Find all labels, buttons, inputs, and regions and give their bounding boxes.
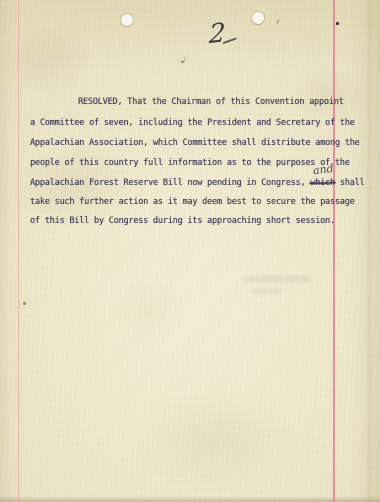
ink-bleedthrough-smudge — [252, 289, 282, 294]
paper-flaw-speck — [336, 22, 339, 25]
left-margin-rule — [18, 0, 19, 502]
punch-hole-right — [252, 12, 264, 24]
typed-segment: shall — [335, 178, 365, 188]
typed-line: a Committee of seven, including the Pres… — [30, 118, 355, 128]
typed-line: RESOLVED, That the Chairman of this Conv… — [78, 97, 344, 107]
right-margin-rule — [333, 0, 335, 502]
paper-flaw-speck — [276, 19, 279, 24]
struck-out-word: which — [310, 178, 335, 188]
typed-line: Appalachian Forest Reserve Bill now pend… — [30, 178, 364, 188]
punch-hole-left — [121, 14, 133, 26]
scanned-document-page: 2 RESOLVED, That the Chairman of this Co… — [0, 0, 380, 502]
typed-segment: Appalachian Forest Reserve Bill now pend… — [30, 178, 310, 188]
typed-line: people of this country full information … — [30, 158, 350, 168]
typed-line: of this Bill by Congress during its appr… — [30, 216, 335, 226]
handwritten-page-number: 2 — [209, 20, 226, 48]
handwritten-insertion-word: and — [312, 162, 334, 177]
typed-line: take such further action as it may deem … — [30, 197, 355, 207]
paper-flaw-speck — [180, 57, 185, 64]
ink-bleedthrough-smudge — [243, 276, 311, 282]
typed-line: Appalachian Association, which Committee… — [30, 138, 359, 148]
paper-flaw-speck — [23, 302, 26, 305]
